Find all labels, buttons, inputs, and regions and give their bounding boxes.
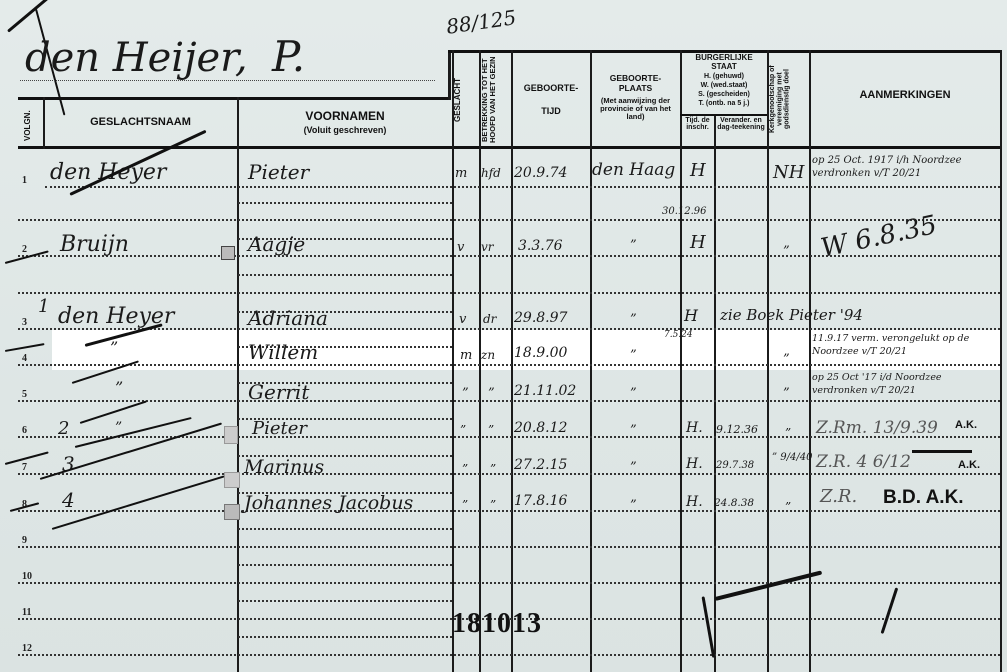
row5-relation: ” — [488, 386, 495, 401]
row1-civil-change: 30.12.96 — [662, 206, 707, 217]
half-line — [238, 636, 452, 638]
row3-civil-change: 7.5.24 — [664, 330, 693, 340]
row5-birth-date: 21.11.02 — [514, 383, 576, 399]
half-line — [238, 528, 452, 530]
gezinskaart-card: 88/125 den Heijer, P. VOLGN. GESLACHTSNA… — [0, 0, 1007, 672]
row1-birth-place: den Haag — [592, 160, 675, 180]
half-line — [238, 202, 452, 204]
header-geboortetijd-2: TIJD — [512, 107, 590, 116]
row-line-5 — [18, 400, 1000, 402]
row2-birth-date: 3.3.76 — [518, 238, 563, 254]
half-line — [238, 600, 452, 602]
row-line-7 — [18, 473, 1000, 475]
row-line-12 — [18, 654, 1000, 656]
row-line-9 — [18, 546, 1000, 548]
col-line-geboorteplaats — [590, 50, 592, 672]
row5-given: Gerrit — [248, 380, 309, 404]
row6-religion: ” — [785, 426, 791, 440]
row2-relation: vr — [481, 240, 494, 254]
row-line-8 — [18, 510, 1000, 512]
row6-sex: ” — [460, 423, 466, 437]
row2-given: Aagje — [248, 232, 305, 256]
row3-birth-date: 29.8.97 — [514, 310, 567, 326]
row8-sex: ” — [462, 498, 468, 512]
row4-remarks: 11.9.17 verm. verongelukt op de Noordzee… — [812, 333, 1000, 359]
header-bs-h: H. (gehuwd) — [681, 73, 767, 80]
strike-row8 — [52, 475, 225, 530]
row7-civil-status: H. — [686, 456, 703, 472]
header-voornamen-sub: (Voluit geschreven) — [238, 126, 452, 135]
row6-civil-change: 9.12.36 — [716, 423, 758, 436]
row-num-11: 11 — [22, 607, 31, 618]
col-line-burgerlijke-staat — [680, 50, 682, 672]
row3-religion: zie Boek Pieter '94 — [720, 306, 863, 324]
row6-birth-place: ” — [630, 423, 637, 438]
row-num-10: 10 — [22, 571, 32, 582]
row7-birth-place: ” — [630, 460, 637, 475]
col-line-right — [1000, 50, 1002, 672]
row8-birth-place: ” — [630, 498, 637, 513]
row7-relation: ” — [490, 462, 496, 476]
header-bs-tijd: Tijd. de inschr. — [681, 117, 714, 132]
row7-cross-marker-icon — [224, 472, 240, 488]
header-betrekking: BETREKKING TOT HET HOOFD VAN HET GEZIN — [481, 56, 510, 144]
row1-religion: NH — [773, 162, 804, 183]
serial-number: 181013 — [452, 608, 542, 640]
header-geboortetijd-1: GEBOORTE- — [512, 84, 590, 93]
row2-cross-marker-icon — [221, 246, 235, 260]
header-step-rule — [448, 50, 451, 100]
row7-strikethrough — [912, 450, 972, 453]
strike-row3 — [5, 343, 45, 352]
row-num-4: 4 — [22, 353, 27, 364]
row8-stamp: B.D. A.K. — [883, 488, 964, 508]
header-initial: P. — [272, 32, 305, 81]
row4-surname: ” — [110, 338, 118, 357]
row5-birth-place: ” — [630, 386, 637, 401]
row8-remarks: Z.R. — [820, 486, 857, 507]
row1-relation: hfd — [481, 166, 501, 180]
tick-mark-right — [881, 587, 899, 634]
bs-subheader-rule — [680, 114, 767, 116]
header-geboorteplaats-2: PLAATS — [591, 84, 680, 93]
row6-stamp: A.K. — [955, 420, 977, 432]
row4-given: Willem — [248, 340, 318, 364]
row6-cross-marker-icon — [224, 426, 238, 444]
row-gap-1 — [18, 219, 1000, 221]
row-gap-2 — [18, 292, 1000, 294]
row6-given: Pieter — [252, 418, 307, 439]
row-line-1 — [45, 186, 1000, 188]
header-bs-t: T. (ontb. na 5 j.) — [681, 100, 767, 107]
row8-birth-date: 17.8.16 — [514, 493, 567, 509]
row-num-7: 7 — [22, 462, 27, 473]
row-line-10 — [18, 582, 1000, 584]
header-kerkgenootschap: Kerkgenootschap of vereeniging met godsd… — [769, 54, 808, 144]
row8-cross-marker-icon — [224, 504, 240, 520]
row-num-5: 5 — [22, 389, 27, 400]
row2-birth-place: ” — [630, 238, 637, 253]
row1-remarks: op 25 Oct. 1917 i/h Noordzee verdronken … — [812, 154, 992, 180]
row7-given: Marinus — [244, 456, 324, 478]
row7-birth-date: 27.2.15 — [514, 457, 567, 473]
half-line — [238, 564, 452, 566]
row6-civil-status: H. — [686, 420, 703, 436]
row3-sex: v — [459, 312, 466, 327]
header-bs-2: STAAT — [681, 63, 767, 71]
row4-relation: zn — [481, 348, 495, 362]
row6-remarks: Z.Rm. 13/9.39 — [816, 418, 938, 438]
row-num-12: 12 — [22, 643, 32, 654]
row6-relation: ” — [488, 423, 494, 437]
row2-surname: Bruijn — [60, 232, 129, 257]
row4-sex: m — [460, 348, 472, 363]
col-line-aanmerkingen — [809, 50, 811, 672]
row3-given: Adriana — [248, 306, 328, 330]
strike-row5 — [80, 400, 147, 424]
row-num-3: 3 — [22, 317, 27, 328]
name-underline — [20, 80, 435, 81]
row5-remarks: op 25 Oct '17 i/d Noordzee verdronken v/… — [812, 372, 1000, 398]
header-top-left-rule — [18, 97, 450, 100]
row2-sex: v — [457, 240, 464, 255]
row-line-4 — [18, 364, 1000, 366]
row7-civil-change: 29.7.38 — [716, 460, 754, 471]
row1-civil-status: H — [690, 160, 706, 181]
row3-relation: dr — [483, 312, 496, 326]
row7-sex: ” — [462, 462, 468, 476]
row8-religion: ” — [785, 500, 791, 514]
row7-stamp: A.K. — [958, 460, 980, 472]
header-geboorteplaats-sub: (Met aanwijzing der provincie of van het… — [593, 97, 678, 121]
row3-birth-place: ” — [630, 312, 637, 327]
row5-surname: ” — [115, 378, 123, 397]
row8-margin-mark: 4 — [62, 488, 75, 512]
row7-remarks: Z.R. 4 6/12 — [816, 452, 911, 472]
row4-birth-date: 18.9.00 — [514, 345, 567, 361]
row3-civil-status: H — [684, 306, 698, 325]
row2-civil-status: H — [690, 232, 706, 253]
row4-religion: ” — [783, 352, 790, 367]
row-num-9: 9 — [22, 535, 27, 546]
row6-margin-mark: 2 — [58, 418, 69, 439]
header-geboorteplaats-1: GEBOORTE- — [591, 74, 680, 83]
col-line-geboortetijd — [511, 50, 513, 672]
header-geslacht: GESLACHT — [454, 56, 478, 144]
header-voornamen: VOORNAMEN — [238, 110, 452, 123]
row-num-6: 6 — [22, 425, 27, 436]
row1-surname: den Heyer — [50, 160, 166, 185]
corner-mark — [7, 0, 51, 33]
row5-religion: ” — [783, 386, 790, 401]
half-line — [238, 274, 452, 276]
row3-margin-mark: 1 — [38, 296, 49, 317]
row1-sex: m — [455, 166, 467, 181]
header-geslachtsnaam: GESLACHTSNAAM — [44, 117, 237, 129]
row4-birth-place: ” — [630, 348, 637, 363]
row5-sex: ” — [462, 386, 469, 401]
header-volgn: VOLGN. — [24, 108, 38, 144]
col-line-verander — [714, 115, 716, 672]
row1-given: Pieter — [248, 160, 309, 184]
header-aanmerkingen: AANMERKINGEN — [810, 90, 1000, 102]
row8-given: Johannes Jacobus — [244, 492, 413, 514]
row-num-2: 2 — [22, 244, 27, 255]
header-surname: den Heijer, — [25, 35, 248, 81]
row7-religion: ” 9/4/40 — [772, 452, 812, 463]
header-bs-verander: Verander. en dag-teekening — [715, 117, 767, 132]
header-bs-w: W. (wed.staat) — [681, 82, 767, 89]
row6-birth-date: 20.8.12 — [514, 420, 567, 436]
col-line-voornamen — [237, 97, 239, 672]
row8-civil-change: 24.8.38 — [714, 497, 754, 509]
strike-row6 — [75, 417, 192, 448]
file-reference: 88/125 — [445, 5, 518, 39]
header-bs-s: S. (gescheiden) — [681, 91, 767, 98]
row1-birth-date: 20.9.74 — [514, 165, 567, 181]
row8-relation: ” — [490, 498, 496, 512]
row-num-1: 1 — [22, 175, 27, 186]
row2-religion: ” — [783, 244, 790, 259]
row8-civil-status: H. — [686, 494, 703, 510]
